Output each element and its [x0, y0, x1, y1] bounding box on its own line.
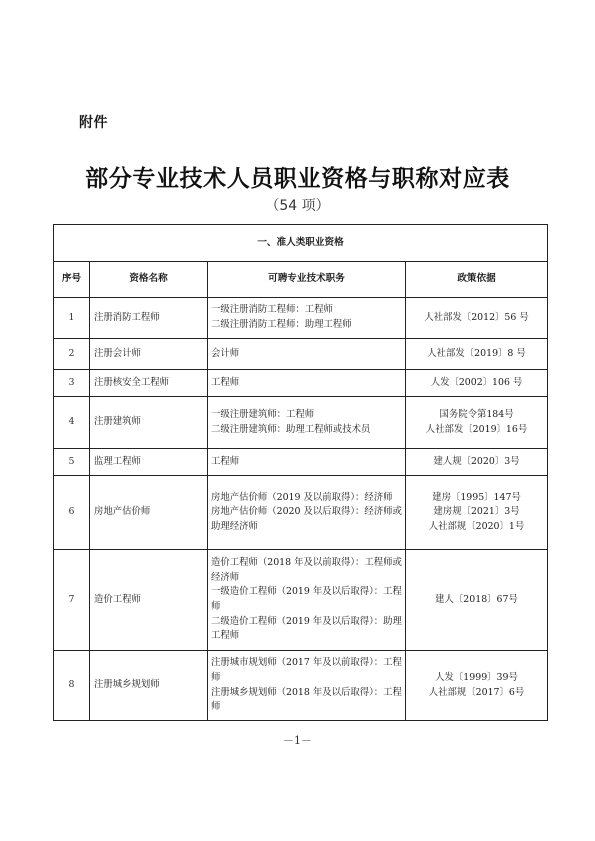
post-line: 一级注册建筑师：工程师	[211, 408, 402, 423]
post-line: 二级注册建筑师：助理工程师或技术员	[211, 423, 402, 438]
table-row: 2注册会计师会计师人社部发〔2019〕8 号	[54, 339, 548, 370]
row-number: 4	[54, 397, 90, 449]
policy-basis: 人社部发〔2019〕8 号	[406, 339, 548, 370]
post-line: 房地产估价师（2020 及以后取得）：经济师或助理经济师	[211, 505, 402, 534]
eligible-posts: 一级注册建筑师：工程师二级注册建筑师：助理工程师或技术员	[208, 397, 406, 449]
header-name: 资格名称	[90, 262, 208, 298]
qualification-name: 注册建筑师	[90, 397, 208, 449]
eligible-posts: 房地产估价师（2019 及以前取得）：经济师房地产估价师（2020 及以后取得）…	[208, 476, 406, 550]
basis-line: 人发〔2002〕106 号	[406, 376, 547, 391]
eligible-posts: 注册城市规划师（2017 年及以前取得）：工程师注册城乡规划师（2018 年及以…	[208, 651, 406, 721]
basis-line: 人社部规〔2020〕1号	[406, 520, 547, 535]
attachment-label: 附件	[79, 112, 108, 132]
post-line: 造价工程师（2018 年及以前取得）：工程师或经济师	[211, 556, 402, 585]
qualification-name: 注册核安全工程师	[90, 370, 208, 397]
qualification-name: 造价工程师	[90, 550, 208, 651]
basis-line: 国务院令第184号	[406, 408, 547, 423]
eligible-posts: 会计师	[208, 339, 406, 370]
basis-line: 人社部发〔2019〕8 号	[406, 347, 547, 362]
header-row: 序号 资格名称 可聘专业技术职务 政策依据	[54, 262, 548, 298]
row-number: 2	[54, 339, 90, 370]
qualification-name: 注册消防工程师	[90, 298, 208, 339]
header-no: 序号	[54, 262, 90, 298]
eligible-posts: 工程师	[208, 370, 406, 397]
eligible-posts: 工程师	[208, 449, 406, 476]
qualification-table: 一、准人类职业资格 序号 资格名称 可聘专业技术职务 政策依据 1注册消防工程师…	[53, 224, 548, 721]
eligible-posts: 一级注册消防工程师：工程师二级注册消防工程师：助理工程师	[208, 298, 406, 339]
table-row: 5监理工程师工程师建人规〔2020〕3号	[54, 449, 548, 476]
basis-line: 建人〔2018〕67号	[406, 593, 547, 608]
policy-basis: 人发〔1999〕39号人社部规〔2017〕6号	[406, 651, 548, 721]
qualification-name: 注册城乡规划师	[90, 651, 208, 721]
post-line: 会计师	[211, 347, 402, 362]
post-line: 二级注册消防工程师：助理工程师	[211, 318, 402, 333]
basis-line: 建房〔1995〕147号	[406, 491, 547, 506]
document-title: 部分专业技术人员职业资格与职称对应表	[0, 160, 595, 193]
basis-line: 人社部发〔2012〕56 号	[406, 311, 547, 326]
post-line: 一级注册消防工程师：工程师	[211, 303, 402, 318]
row-number: 3	[54, 370, 90, 397]
policy-basis: 人社部发〔2012〕56 号	[406, 298, 548, 339]
policy-basis: 建人〔2018〕67号	[406, 550, 548, 651]
qualification-name: 房地产估价师	[90, 476, 208, 550]
basis-line: 人社部规〔2017〕6号	[406, 686, 547, 701]
table-row: 1注册消防工程师一级注册消防工程师：工程师二级注册消防工程师：助理工程师人社部发…	[54, 298, 548, 339]
eligible-posts: 造价工程师（2018 年及以前取得）：工程师或经济师一级造价工程师（2019 年…	[208, 550, 406, 651]
table-row: 8注册城乡规划师注册城市规划师（2017 年及以前取得）：工程师注册城乡规划师（…	[54, 651, 548, 721]
post-line: 一级造价工程师（2019 年及以后取得）：工程师	[211, 585, 402, 614]
post-line: 房地产估价师（2019 及以前取得）：经济师	[211, 491, 402, 506]
qualification-name: 监理工程师	[90, 449, 208, 476]
post-line: 工程师	[211, 376, 402, 391]
table-row: 3注册核安全工程师工程师人发〔2002〕106 号	[54, 370, 548, 397]
item-count-subtitle: （54 项）	[0, 195, 595, 215]
section-title: 一、准人类职业资格	[54, 225, 548, 262]
table-row: 7造价工程师造价工程师（2018 年及以前取得）：工程师或经济师一级造价工程师（…	[54, 550, 548, 651]
row-number: 1	[54, 298, 90, 339]
table-row: 6房地产估价师房地产估价师（2019 及以前取得）：经济师房地产估价师（2020…	[54, 476, 548, 550]
row-number: 5	[54, 449, 90, 476]
table-row: 4注册建筑师一级注册建筑师：工程师二级注册建筑师：助理工程师或技术员国务院令第1…	[54, 397, 548, 449]
table-body: 1注册消防工程师一级注册消防工程师：工程师二级注册消防工程师：助理工程师人社部发…	[54, 298, 548, 721]
post-line: 工程师	[211, 455, 402, 470]
policy-basis: 国务院令第184号人社部发〔2019〕16号	[406, 397, 548, 449]
basis-line: 建人规〔2020〕3号	[406, 455, 547, 470]
header-basis: 政策依据	[406, 262, 548, 298]
qualification-name: 注册会计师	[90, 339, 208, 370]
policy-basis: 建房〔1995〕147号建房规〔2021〕3号人社部规〔2020〕1号	[406, 476, 548, 550]
post-line: 注册城乡规划师（2018 年及以后取得）：工程师	[211, 686, 402, 715]
row-number: 8	[54, 651, 90, 721]
post-line: 注册城市规划师（2017 年及以前取得）：工程师	[211, 656, 402, 685]
row-number: 6	[54, 476, 90, 550]
basis-line: 建房规〔2021〕3号	[406, 505, 547, 520]
post-line: 二级造价工程师（2019 年及以后取得）：助理工程师	[211, 615, 402, 644]
page-number: －1－	[0, 732, 595, 748]
policy-basis: 建人规〔2020〕3号	[406, 449, 548, 476]
section-row: 一、准人类职业资格	[54, 225, 548, 262]
basis-line: 人发〔1999〕39号	[406, 671, 547, 686]
policy-basis: 人发〔2002〕106 号	[406, 370, 548, 397]
header-posts: 可聘专业技术职务	[208, 262, 406, 298]
basis-line: 人社部发〔2019〕16号	[406, 423, 547, 438]
row-number: 7	[54, 550, 90, 651]
